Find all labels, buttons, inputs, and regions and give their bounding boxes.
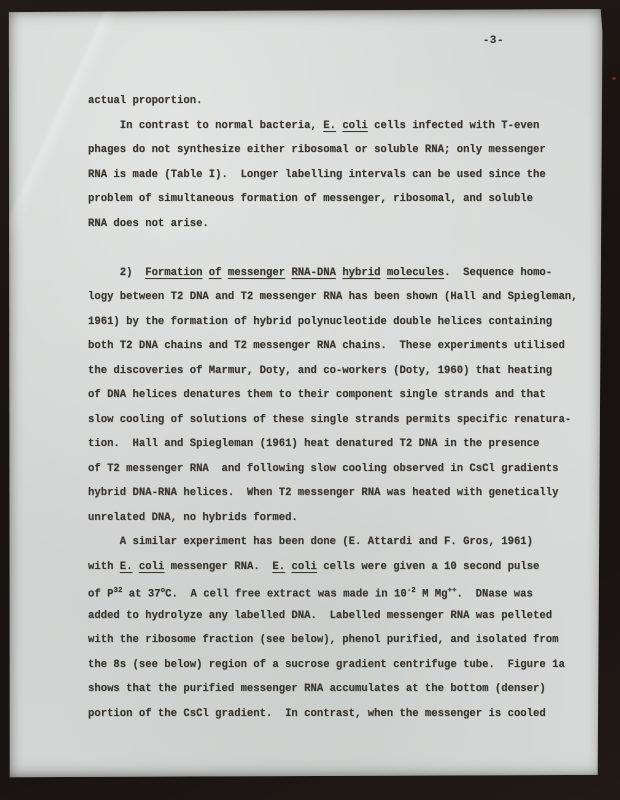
underlined-text: coli [139,561,164,573]
text-segment: cells were given a 10 second pulse [317,561,540,573]
text-segment: . DNase was [457,589,533,601]
text-line: 1961) by the formation of hybrid polynuc… [88,310,593,335]
text-segment: of P [88,589,113,601]
underlined-text: coli [342,120,367,132]
text-line: 2) Formation of messenger RNA-DNA hybrid… [88,261,593,286]
text-segment: the discoveries of Marmur, Doty, and co-… [88,365,552,377]
text-segment: M Mg [416,589,448,601]
text-line: logy between T2 DNA and T2 messenger RNA… [88,285,593,310]
text-segment: C. A cell free extract was made in 10 [165,589,407,601]
text-line: In contrast to normal bacteria, E. coli … [88,114,593,139]
superscript-text: -2 [407,587,416,595]
photo-backdrop: -3- actual proportion. In contrast to no… [0,0,620,800]
underlined-text: hybrid [342,267,380,279]
text-line: unrelated DNA, no hybrids formed. [88,506,593,531]
text-segment: problem of simultaneous formation of mes… [88,193,533,205]
underlined-text: molecules [387,267,444,279]
page-number: -3- [483,35,504,47]
text-segment: with [88,561,120,573]
text-segment: at 37 [122,589,160,601]
text-segment: 2) [88,267,145,279]
underlined-text: messenger [228,267,285,279]
text-line: of DNA helices denatures them to their c… [88,383,593,408]
text-line: of P32 at 37oC. A cell free extract was … [88,579,593,604]
text-segment: slow cooling of solutions of these singl… [88,414,571,426]
text-segment: In contrast to normal bacteria, [88,120,323,132]
text-segment: unrelated DNA, no hybrids formed. [88,512,298,524]
underlined-text: E. [272,561,285,573]
text-line [88,236,593,261]
text-segment: with the ribosome fraction (see below), … [88,634,558,646]
text-segment: logy between T2 DNA and T2 messenger RNA… [88,291,578,303]
text-line: actual proportion. [88,89,593,114]
text-segment: of T2 messenger RNA and following slow c… [88,463,558,475]
red-speck [612,77,616,80]
typescript-body: actual proportion. In contrast to normal… [88,89,593,726]
text-segment: RNA is made (Table I). Longer labelling … [88,169,546,181]
text-segment: actual proportion. [88,95,202,107]
text-segment: both T2 DNA chains and T2 messenger RNA … [88,340,565,352]
text-segment: cells infected with T-even [368,120,540,132]
text-segment: phages do not synthesize either ribosoma… [88,144,546,156]
text-line: slow cooling of solutions of these singl… [88,408,593,433]
text-segment: RNA does not arise. [88,218,209,230]
underlined-text: coli [291,561,316,573]
text-line: both T2 DNA chains and T2 messenger RNA … [88,334,593,359]
text-line: problem of simultaneous formation of mes… [88,187,593,212]
superscript-text: ++ [448,587,457,595]
text-line: tion. Hall and Spiegleman (1961) heat de… [88,432,593,457]
document-page: -3- actual proportion. In contrast to no… [8,9,603,778]
underlined-text: of [209,267,222,279]
text-line: portion of the CsCl gradient. In contras… [88,702,593,727]
text-segment: added to hydrolyze any labelled DNA. Lab… [88,610,552,622]
text-segment: A similar experiment has been done (E. A… [88,536,533,548]
text-line: A similar experiment has been done (E. A… [88,530,593,555]
text-segment: tion. Hall and Spiegleman (1961) heat de… [88,438,539,450]
text-segment: portion of the CsCl gradient. In contras… [88,708,546,720]
text-segment: shows that the purified messenger RNA ac… [88,683,546,695]
text-line: hybrid DNA-RNA helices. When T2 messenge… [88,481,593,506]
underlined-text: E. [120,561,133,573]
text-line: phages do not synthesize either ribosoma… [88,138,593,163]
text-line: the 8s (see below) region of a sucrose g… [88,653,593,678]
text-line: with the ribosome fraction (see below), … [88,628,593,653]
text-segment: the 8s (see below) region of a sucrose g… [88,659,565,671]
text-segment: . Sequence homo- [444,267,552,279]
text-line: shows that the purified messenger RNA ac… [88,677,593,702]
text-line: RNA is made (Table I). Longer labelling … [88,163,593,188]
underlined-text: Formation [145,267,202,279]
text-line: the discoveries of Marmur, Doty, and co-… [88,359,593,384]
text-segment: hybrid DNA-RNA helices. When T2 messenge… [88,487,558,499]
underlined-text: RNA-DNA [291,267,336,279]
underlined-text: E. [323,120,336,132]
text-segment: messenger RNA. [164,561,272,573]
text-segment: of DNA helices denatures them to their c… [88,389,546,401]
text-line: of T2 messenger RNA and following slow c… [88,457,593,482]
text-line: RNA does not arise. [88,212,593,237]
text-line: with E. coli messenger RNA. E. coli cell… [88,555,593,580]
text-segment: 1961) by the formation of hybrid polynuc… [88,316,552,328]
text-line: added to hydrolyze any labelled DNA. Lab… [88,604,593,629]
